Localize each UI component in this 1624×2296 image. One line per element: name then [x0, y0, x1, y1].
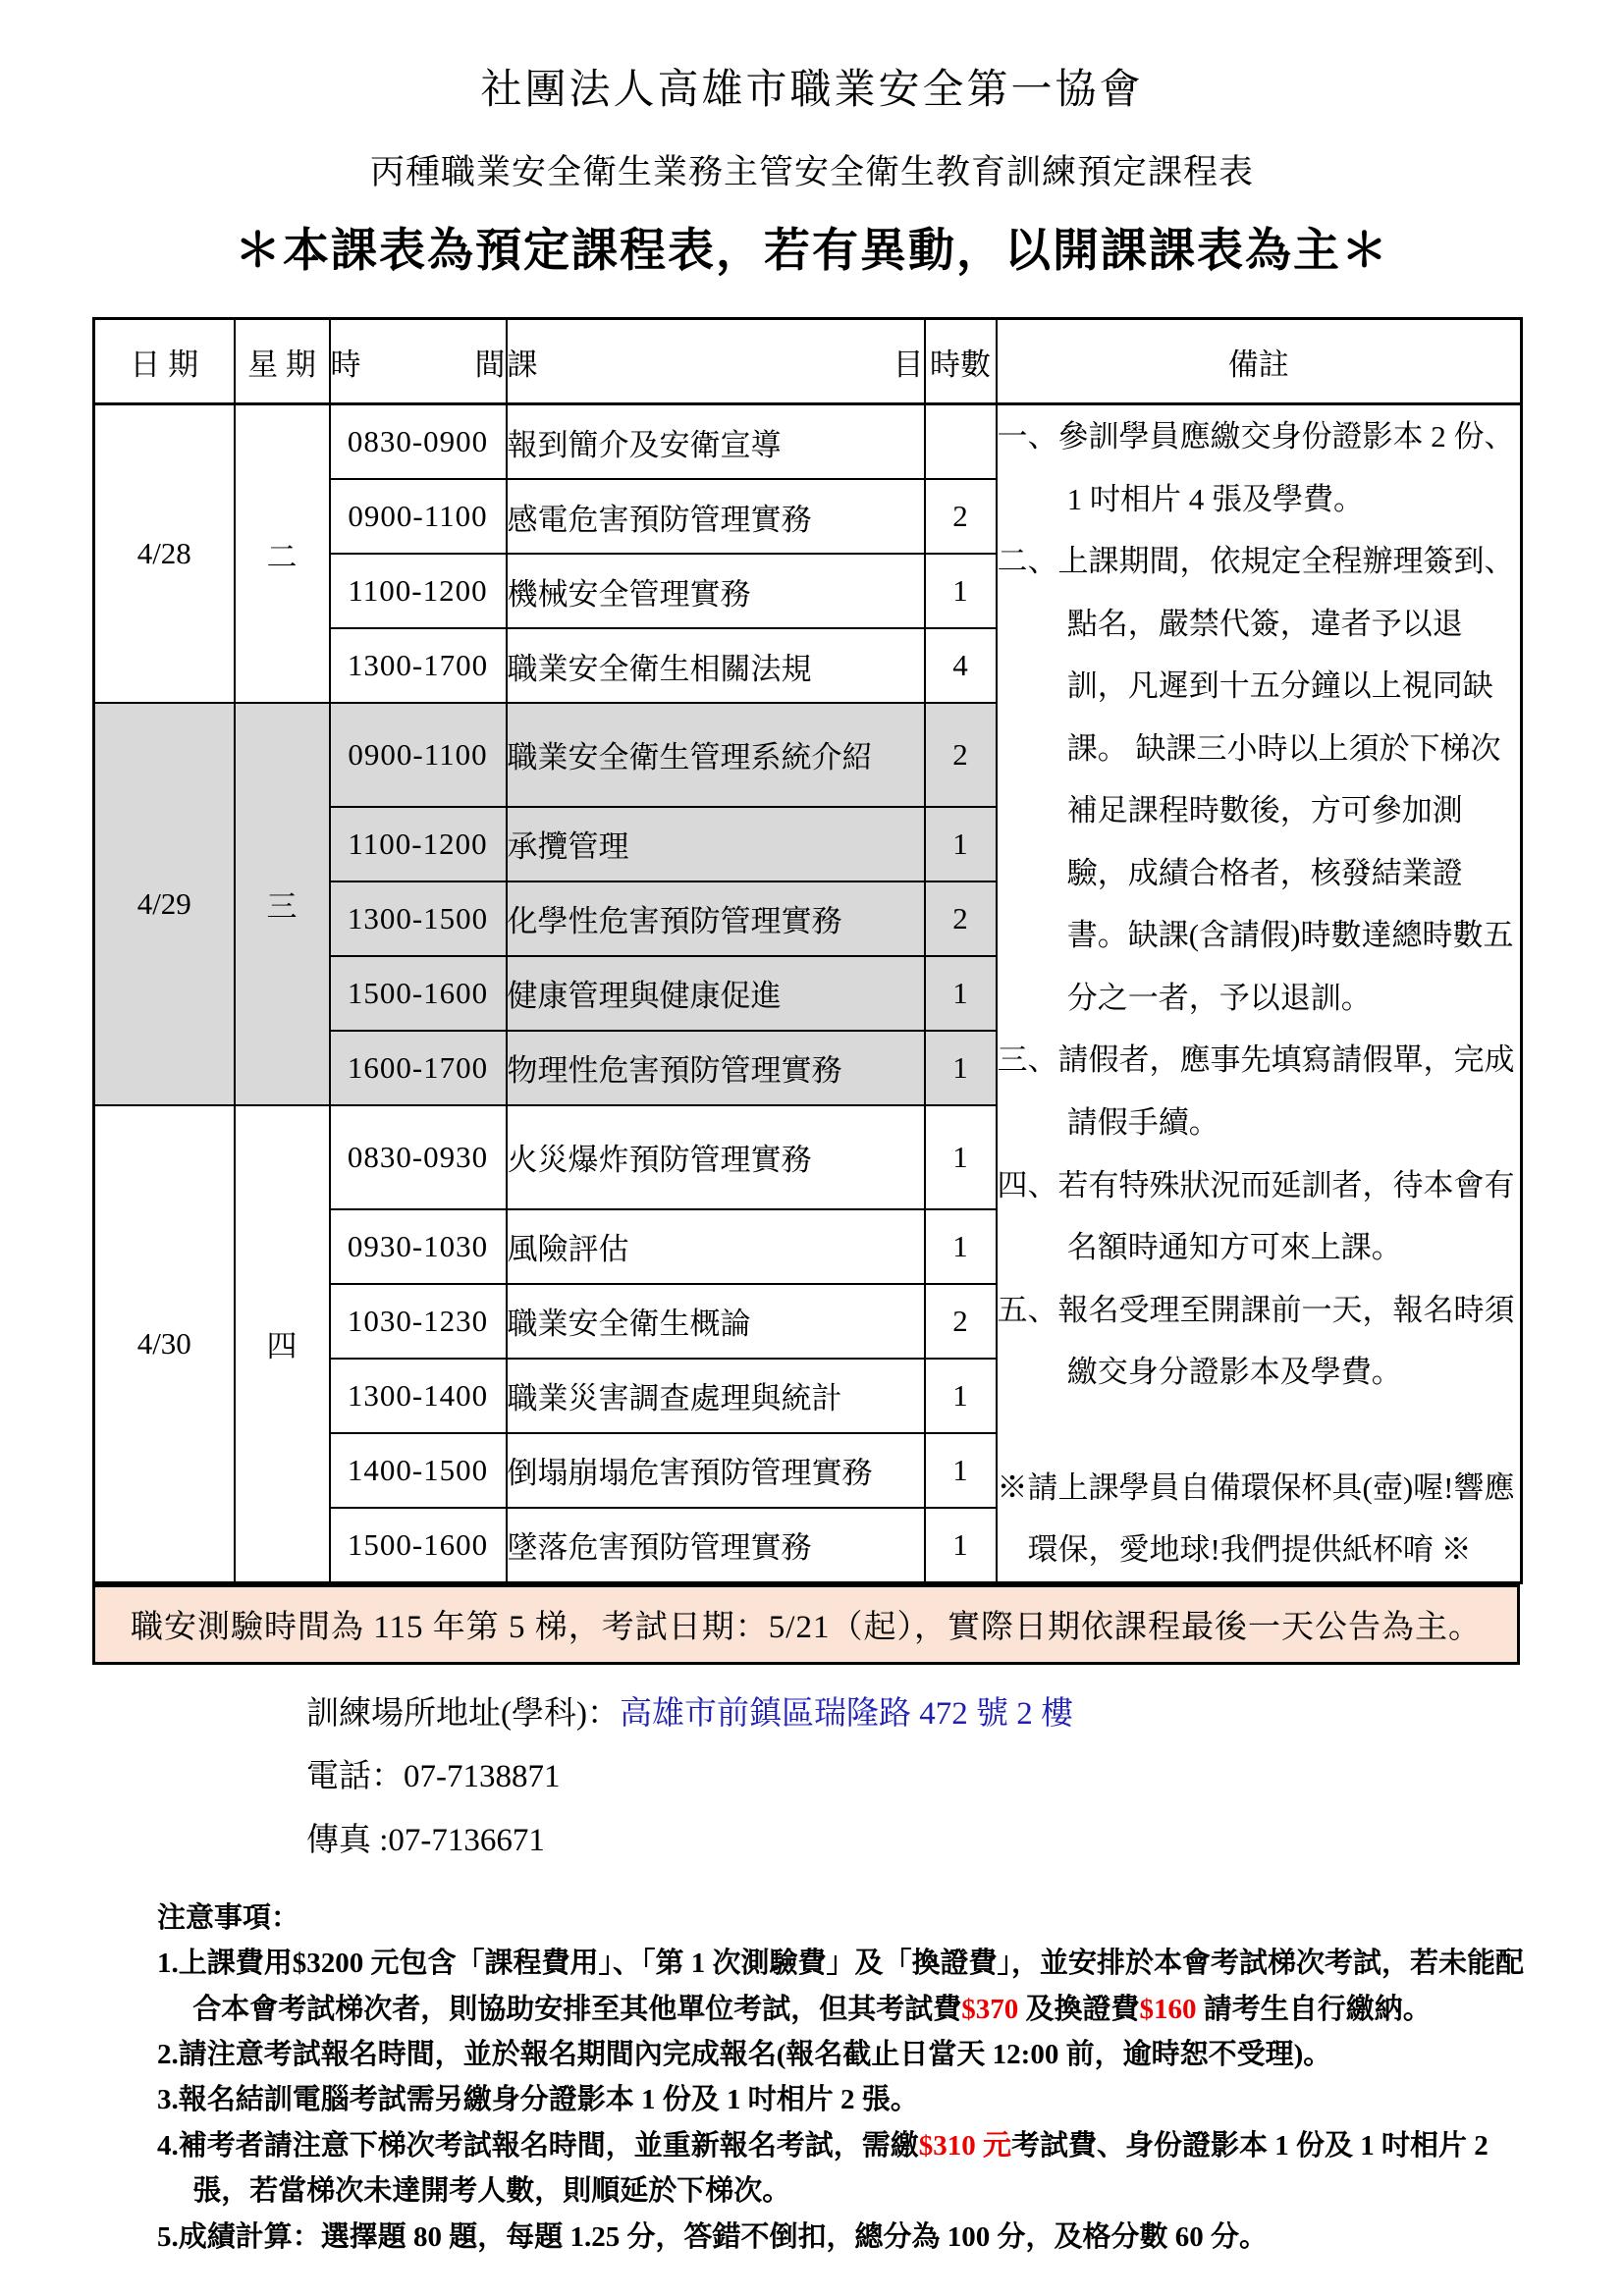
hours-cell: 1 — [925, 1359, 997, 1433]
time-cell: 1100-1200 — [330, 807, 507, 881]
fee-amount: $310 元 — [919, 2130, 1011, 2162]
note-marker: 1. — [157, 1948, 179, 1979]
col-header-course: 課 目 — [507, 319, 925, 404]
remark-text: 報名受理至開課前一天，報名時須繳交身分證影本及學費。 — [1058, 1293, 1515, 1390]
course-cell: 化學性危害預防管理實務 — [507, 881, 925, 956]
time-cell: 0900-1100 — [330, 703, 507, 807]
hours-cell: 1 — [925, 554, 997, 628]
course-cell: 職業安全衛生管理系統介紹 — [507, 703, 925, 807]
note-text: 成績計算：選擇題 80 題，每題 1.25 分，答錯不倒扣，總分為 100 分，… — [179, 2221, 1268, 2253]
fee-amount: $160 — [1140, 1994, 1197, 2025]
note-marker: 5. — [157, 2221, 179, 2253]
time-cell: 1300-1500 — [330, 881, 507, 956]
address-line: 訓練場所地址(學科)：高雄市前鎮區瑞隆路 472 號 2 樓 — [306, 1682, 1624, 1745]
weekday-cell: 四 — [235, 1105, 330, 1582]
remark-item: 四、若有特殊狀況而延訓者，待本會有名額時通知方可來上課。 — [998, 1154, 1521, 1279]
note-text: 及換證費 — [1018, 1994, 1139, 2025]
remark-text: 若有特殊狀況而延訓者，待本會有名額時通知方可來上課。 — [1058, 1168, 1515, 1265]
hours-cell: 1 — [925, 807, 997, 881]
hours-cell — [925, 404, 997, 480]
date-cell: 4/28 — [94, 404, 235, 704]
contact-block: 訓練場所地址(學科)：高雄市前鎮區瑞隆路 472 號 2 樓 電話：07-713… — [306, 1682, 1624, 1872]
course-cell: 風險評估 — [507, 1209, 925, 1284]
eco-note-marker: ※ — [998, 1470, 1028, 1505]
eco-note-text: 請上課學員自備環保杯具(壺)喔!響應環保，愛地球!我們提供紙杯唷 ※ — [1028, 1470, 1515, 1568]
notice-banner: ＊本課表為預定課程表，若有異動，以開課課表為主＊ — [0, 214, 1624, 280]
remark-text: 上課期間，依規定全程辦理簽到、點名，嚴禁代簽，違者予以退訓，凡遲到十五分鐘以上視… — [1058, 544, 1515, 1015]
course-cell: 職業安全衛生概論 — [507, 1284, 925, 1359]
remark-cell: 一、參訓學員應繳交身份證影本 2 份、1 吋相片 4 張及學費。 二、上課期間，… — [997, 404, 1522, 1583]
remark-marker: 三、 — [998, 1042, 1058, 1077]
course-cell: 承攬管理 — [507, 807, 925, 881]
time-cell: 1400-1500 — [330, 1433, 507, 1508]
course-cell: 報到簡介及安衛宣導 — [507, 404, 925, 480]
time-cell: 0830-0930 — [330, 1105, 507, 1209]
note-marker: 2. — [157, 2039, 179, 2070]
course-cell: 健康管理與健康促進 — [507, 956, 925, 1031]
exam-schedule-banner: 職安測驗時間為 115 年第 5 梯，考試日期：5/21（起），實際日期依課程最… — [92, 1584, 1520, 1665]
notes-heading: 注意事項： — [157, 1896, 1551, 1941]
time-cell: 1300-1700 — [330, 628, 507, 703]
hours-cell: 1 — [925, 1433, 997, 1508]
col-header-time-start: 時 — [331, 340, 361, 384]
remark-marker: 四、 — [998, 1168, 1058, 1202]
col-header-time-end: 間 — [475, 340, 506, 384]
time-cell: 0830-0900 — [330, 404, 507, 480]
hours-cell: 2 — [925, 479, 997, 554]
course-cell: 倒塌崩塌危害預防管理實務 — [507, 1433, 925, 1508]
course-cell: 感電危害預防管理實務 — [507, 479, 925, 554]
note-item-5: 5.成績計算：選擇題 80 題，每題 1.25 分，答錯不倒扣，總分為 100 … — [157, 2215, 1551, 2260]
time-cell: 0900-1100 — [330, 479, 507, 554]
weekday-cell: 三 — [235, 703, 330, 1105]
note-item-2: 2.請注意考試報名時間，並於報名期間內完成報名(報名截止日當天 12:00 前，… — [157, 2032, 1551, 2077]
address-label: 訓練場所地址(學科)： — [306, 1696, 620, 1732]
address-value: 高雄市前鎮區瑞隆路 472 號 2 樓 — [620, 1696, 1073, 1732]
time-cell: 1600-1700 — [330, 1031, 507, 1105]
time-cell: 1030-1230 — [330, 1284, 507, 1359]
remark-marker: 二、 — [998, 544, 1058, 578]
remark-text: 參訓學員應繳交身份證影本 2 份、1 吋相片 4 張及學費。 — [1058, 419, 1515, 516]
course-cell: 機械安全管理實務 — [507, 554, 925, 628]
hours-cell: 1 — [925, 956, 997, 1031]
course-cell: 職業災害調查處理與統計 — [507, 1359, 925, 1433]
course-cell: 物理性危害預防管理實務 — [507, 1031, 925, 1105]
hours-cell: 2 — [925, 1284, 997, 1359]
hours-cell: 1 — [925, 1209, 997, 1284]
note-item-4: 4.補考者請注意下梯次考試報名時間，並重新報名考試，需繳$310 元考試費、身份… — [157, 2123, 1551, 2215]
remark-marker: 一、 — [998, 419, 1058, 454]
weekday-cell: 二 — [235, 404, 330, 704]
col-header-course-start: 課 — [508, 340, 538, 384]
note-marker: 4. — [157, 2130, 179, 2162]
hours-cell: 2 — [925, 881, 997, 956]
remark-item: 一、參訓學員應繳交身份證影本 2 份、1 吋相片 4 張及學費。 — [998, 405, 1521, 530]
hours-cell: 1 — [925, 1105, 997, 1209]
note-marker: 3. — [157, 2084, 179, 2115]
eco-note: ※請上課學員自備環保杯具(壺)喔!響應環保，愛地球!我們提供紙杯唷 ※ — [998, 1457, 1521, 1581]
time-cell: 1500-1600 — [330, 1508, 507, 1583]
time-cell: 1300-1400 — [330, 1359, 507, 1433]
col-header-weekday: 星 期 — [235, 319, 330, 404]
phone-line: 電話：07-7138871 — [306, 1745, 1624, 1808]
hours-cell: 4 — [925, 628, 997, 703]
course-subtitle: 丙種職業安全衛生業務主管安全衛生教育訓練預定課程表 — [0, 145, 1624, 194]
hours-cell: 2 — [925, 703, 997, 807]
fax-line: 傳真 :07-7136671 — [306, 1809, 1624, 1872]
schedule-row: 4/28 二 0830-0900 報到簡介及安衛宣導 一、參訓學員應繳交身份證影… — [94, 404, 1522, 480]
time-cell: 1500-1600 — [330, 956, 507, 1031]
notes-section: 注意事項： 1.上課費用$3200 元包含「課程費用」、「第 1 次測驗費」及「… — [157, 1896, 1551, 2260]
date-cell: 4/29 — [94, 703, 235, 1105]
remark-marker: 五、 — [998, 1293, 1058, 1327]
remark-item: 二、上課期間，依規定全程辦理簽到、點名，嚴禁代簽，違者予以退訓，凡遲到十五分鐘以… — [998, 530, 1521, 1029]
note-text: 請注意考試報名時間，並於報名期間內完成報名(報名截止日當天 12:00 前，逾時… — [179, 2039, 1331, 2070]
fee-amount: $370 — [961, 1994, 1018, 2025]
time-cell: 1100-1200 — [330, 554, 507, 628]
hours-cell: 1 — [925, 1031, 997, 1105]
note-item-3: 3.報名結訓電腦考試需另繳身分證影本 1 份及 1 吋相片 2 張。 — [157, 2077, 1551, 2122]
time-cell: 0930-1030 — [330, 1209, 507, 1284]
remark-text: 請假者，應事先填寫請假單，完成請假手續。 — [1058, 1042, 1515, 1140]
col-header-date: 日 期 — [94, 319, 235, 404]
header-row: 日 期 星 期 時 間 課 目 時數 備註 — [94, 319, 1522, 404]
note-text: 請考生自行繳納。 — [1197, 1994, 1432, 2025]
note-text: 報名結訓電腦考試需另繳身分證影本 1 份及 1 吋相片 2 張。 — [179, 2084, 919, 2115]
schedule-table: 日 期 星 期 時 間 課 目 時數 備註 — [92, 317, 1523, 1584]
org-title: 社團法人高雄市職業安全第一協會 — [0, 57, 1624, 116]
note-item-1: 1.上課費用$3200 元包含「課程費用」、「第 1 次測驗費」及「換證費」，並… — [157, 1941, 1551, 2032]
remark-item: 五、報名受理至開課前一天，報名時須繳交身分證影本及學費。 — [998, 1279, 1521, 1404]
course-cell: 火災爆炸預防管理實務 — [507, 1105, 925, 1209]
col-header-course-end: 目 — [893, 340, 924, 384]
col-header-hours: 時數 — [925, 319, 997, 404]
col-header-time: 時 間 — [330, 319, 507, 404]
date-cell: 4/30 — [94, 1105, 235, 1582]
course-cell: 職業安全衛生相關法規 — [507, 628, 925, 703]
note-text: 補考者請注意下梯次考試報名時間，並重新報名考試，需繳 — [179, 2130, 919, 2162]
hours-cell: 1 — [925, 1508, 997, 1583]
document-page: 社團法人高雄市職業安全第一協會 丙種職業安全衛生業務主管安全衛生教育訓練預定課程… — [0, 0, 1624, 2296]
col-header-remark: 備註 — [997, 319, 1522, 404]
course-cell: 墜落危害預防管理實務 — [507, 1508, 925, 1583]
remark-item: 三、請假者，應事先填寫請假單，完成請假手續。 — [998, 1029, 1521, 1153]
